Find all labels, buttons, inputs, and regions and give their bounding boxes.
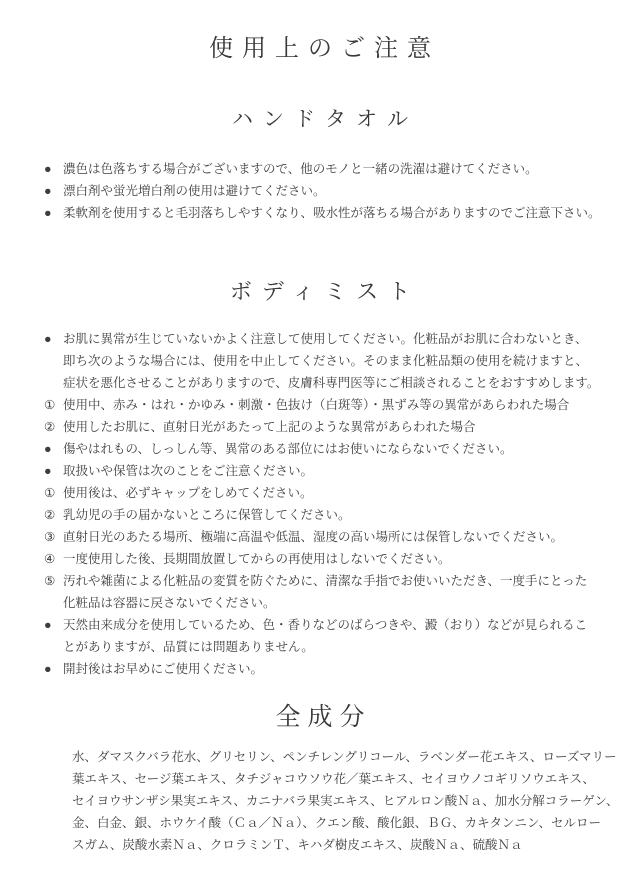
number-marker: ① [44,394,63,416]
note-text: 取扱いや保管は次のことをご注意ください。 [63,460,622,482]
note-text: 乳幼児の手の届かないところに保管してください。 [63,504,622,526]
note-text: 漂白剤や蛍光増白剤の使用は避けてください。 [63,180,622,202]
list-item: ① 使用中、赤み・はれ・かゆみ・刺激・色抜け（白斑等）・黒ずみ等の異常があらわれ… [44,394,622,416]
number-marker: ② [44,504,63,526]
number-marker: ② [44,416,63,438]
section-heading-handtowel: ハンドタオル [0,106,640,132]
note-text: 開封後はお早めにご使用ください。 [63,658,622,680]
bullet-marker: ● [44,202,63,224]
note-text: 濃色は色落ちする場合がございますので、他のモノと一緒の洗濯は避けてください。 [63,158,622,180]
bullet-marker: ● [44,328,63,350]
bullet-marker: ● [44,614,63,636]
care-instructions-page: 使用上のご注意 ハンドタオル ● 濃色は色落ちする場合がございますので、他のモノ… [0,0,640,896]
page-title: 使用上のご注意 [0,34,640,64]
list-item: ③ 直射日光のあたる場所、極端に高温や低温、湿度の高い場所には保管しないでくださ… [44,526,622,548]
list-item: ④ 一度使用した後、長期間放置してからの再使用はしないでください。 [44,548,622,570]
number-marker: ⑤ [44,570,63,592]
list-item: ② 乳幼児の手の届かないところに保管してください。 [44,504,622,526]
bullet-marker: ● [44,460,63,482]
list-item: ● 開封後はお早めにご使用ください。 [44,658,622,680]
list-item: ● 漂白剤や蛍光増白剤の使用は避けてください。 [44,180,622,202]
section-heading-ingredients: 全成分 [0,702,640,733]
list-item: ● 取扱いや保管は次のことをご注意ください。 [44,460,622,482]
note-text: 柔軟剤を使用すると毛羽落ちしやすくなり、吸水性が落ちる場合がありますのでご注意下… [63,202,622,224]
bullet-marker: ● [44,158,63,180]
list-item: ● 濃色は色落ちする場合がございますので、他のモノと一緒の洗濯は避けてください。 [44,158,622,180]
bodymist-note-list: ● お肌に異常が生じていないかよく注意して使用してください。化粧品がお肌に合わな… [44,328,622,680]
note-text: 使用中、赤み・はれ・かゆみ・刺激・色抜け（白斑等）・黒ずみ等の異常があらわれた場… [63,394,622,416]
number-marker: ① [44,482,63,504]
bullet-marker: ● [44,658,63,680]
note-text: 使用後は、必ずキャップをしめてください。 [63,482,622,504]
note-text: 使用したお肌に、直射日光があたって上記のような異常があらわれた場合 [63,416,622,438]
number-marker: ④ [44,548,63,570]
list-item: ② 使用したお肌に、直射日光があたって上記のような異常があらわれた場合 [44,416,622,438]
note-text: 天然由来成分を使用しているため、色・香りなどのばらつきや、澱（おり）などが見られ… [63,614,622,658]
list-item: ● 傷やはれもの、しっしん等、異常のある部位にはお使いにならないでください。 [44,438,622,460]
bullet-marker: ● [44,180,63,202]
note-text: 傷やはれもの、しっしん等、異常のある部位にはお使いにならないでください。 [63,438,622,460]
list-item: ⑤ 汚れや雑菌による化粧品の変質を防ぐために、清潔な手指でお使いいただき、一度手… [44,570,622,614]
note-text: 汚れや雑菌による化粧品の変質を防ぐために、清潔な手指でお使いいただき、一度手にと… [63,570,622,614]
note-text: お肌に異常が生じていないかよく注意して使用してください。化粧品がお肌に合わないと… [63,328,622,394]
bullet-marker: ● [44,438,63,460]
ingredients-list: 水、ダマスクバラ花水、グリセリン、ペンチレングリコール、ラベンダー花エキス、ロー… [72,746,624,856]
note-text: 直射日光のあたる場所、極端に高温や低温、湿度の高い場所には保管しないでください。 [63,526,622,548]
section-heading-bodymist: ボディミスト [0,278,640,306]
list-item: ● 天然由来成分を使用しているため、色・香りなどのばらつきや、澱（おり）などが見… [44,614,622,658]
list-item: ● お肌に異常が生じていないかよく注意して使用してください。化粧品がお肌に合わな… [44,328,622,394]
handtowel-note-list: ● 濃色は色落ちする場合がございますので、他のモノと一緒の洗濯は避けてください。… [44,158,622,224]
list-item: ① 使用後は、必ずキャップをしめてください。 [44,482,622,504]
number-marker: ③ [44,526,63,548]
note-text: 一度使用した後、長期間放置してからの再使用はしないでください。 [63,548,622,570]
list-item: ● 柔軟剤を使用すると毛羽落ちしやすくなり、吸水性が落ちる場合がありますのでご注… [44,202,622,224]
